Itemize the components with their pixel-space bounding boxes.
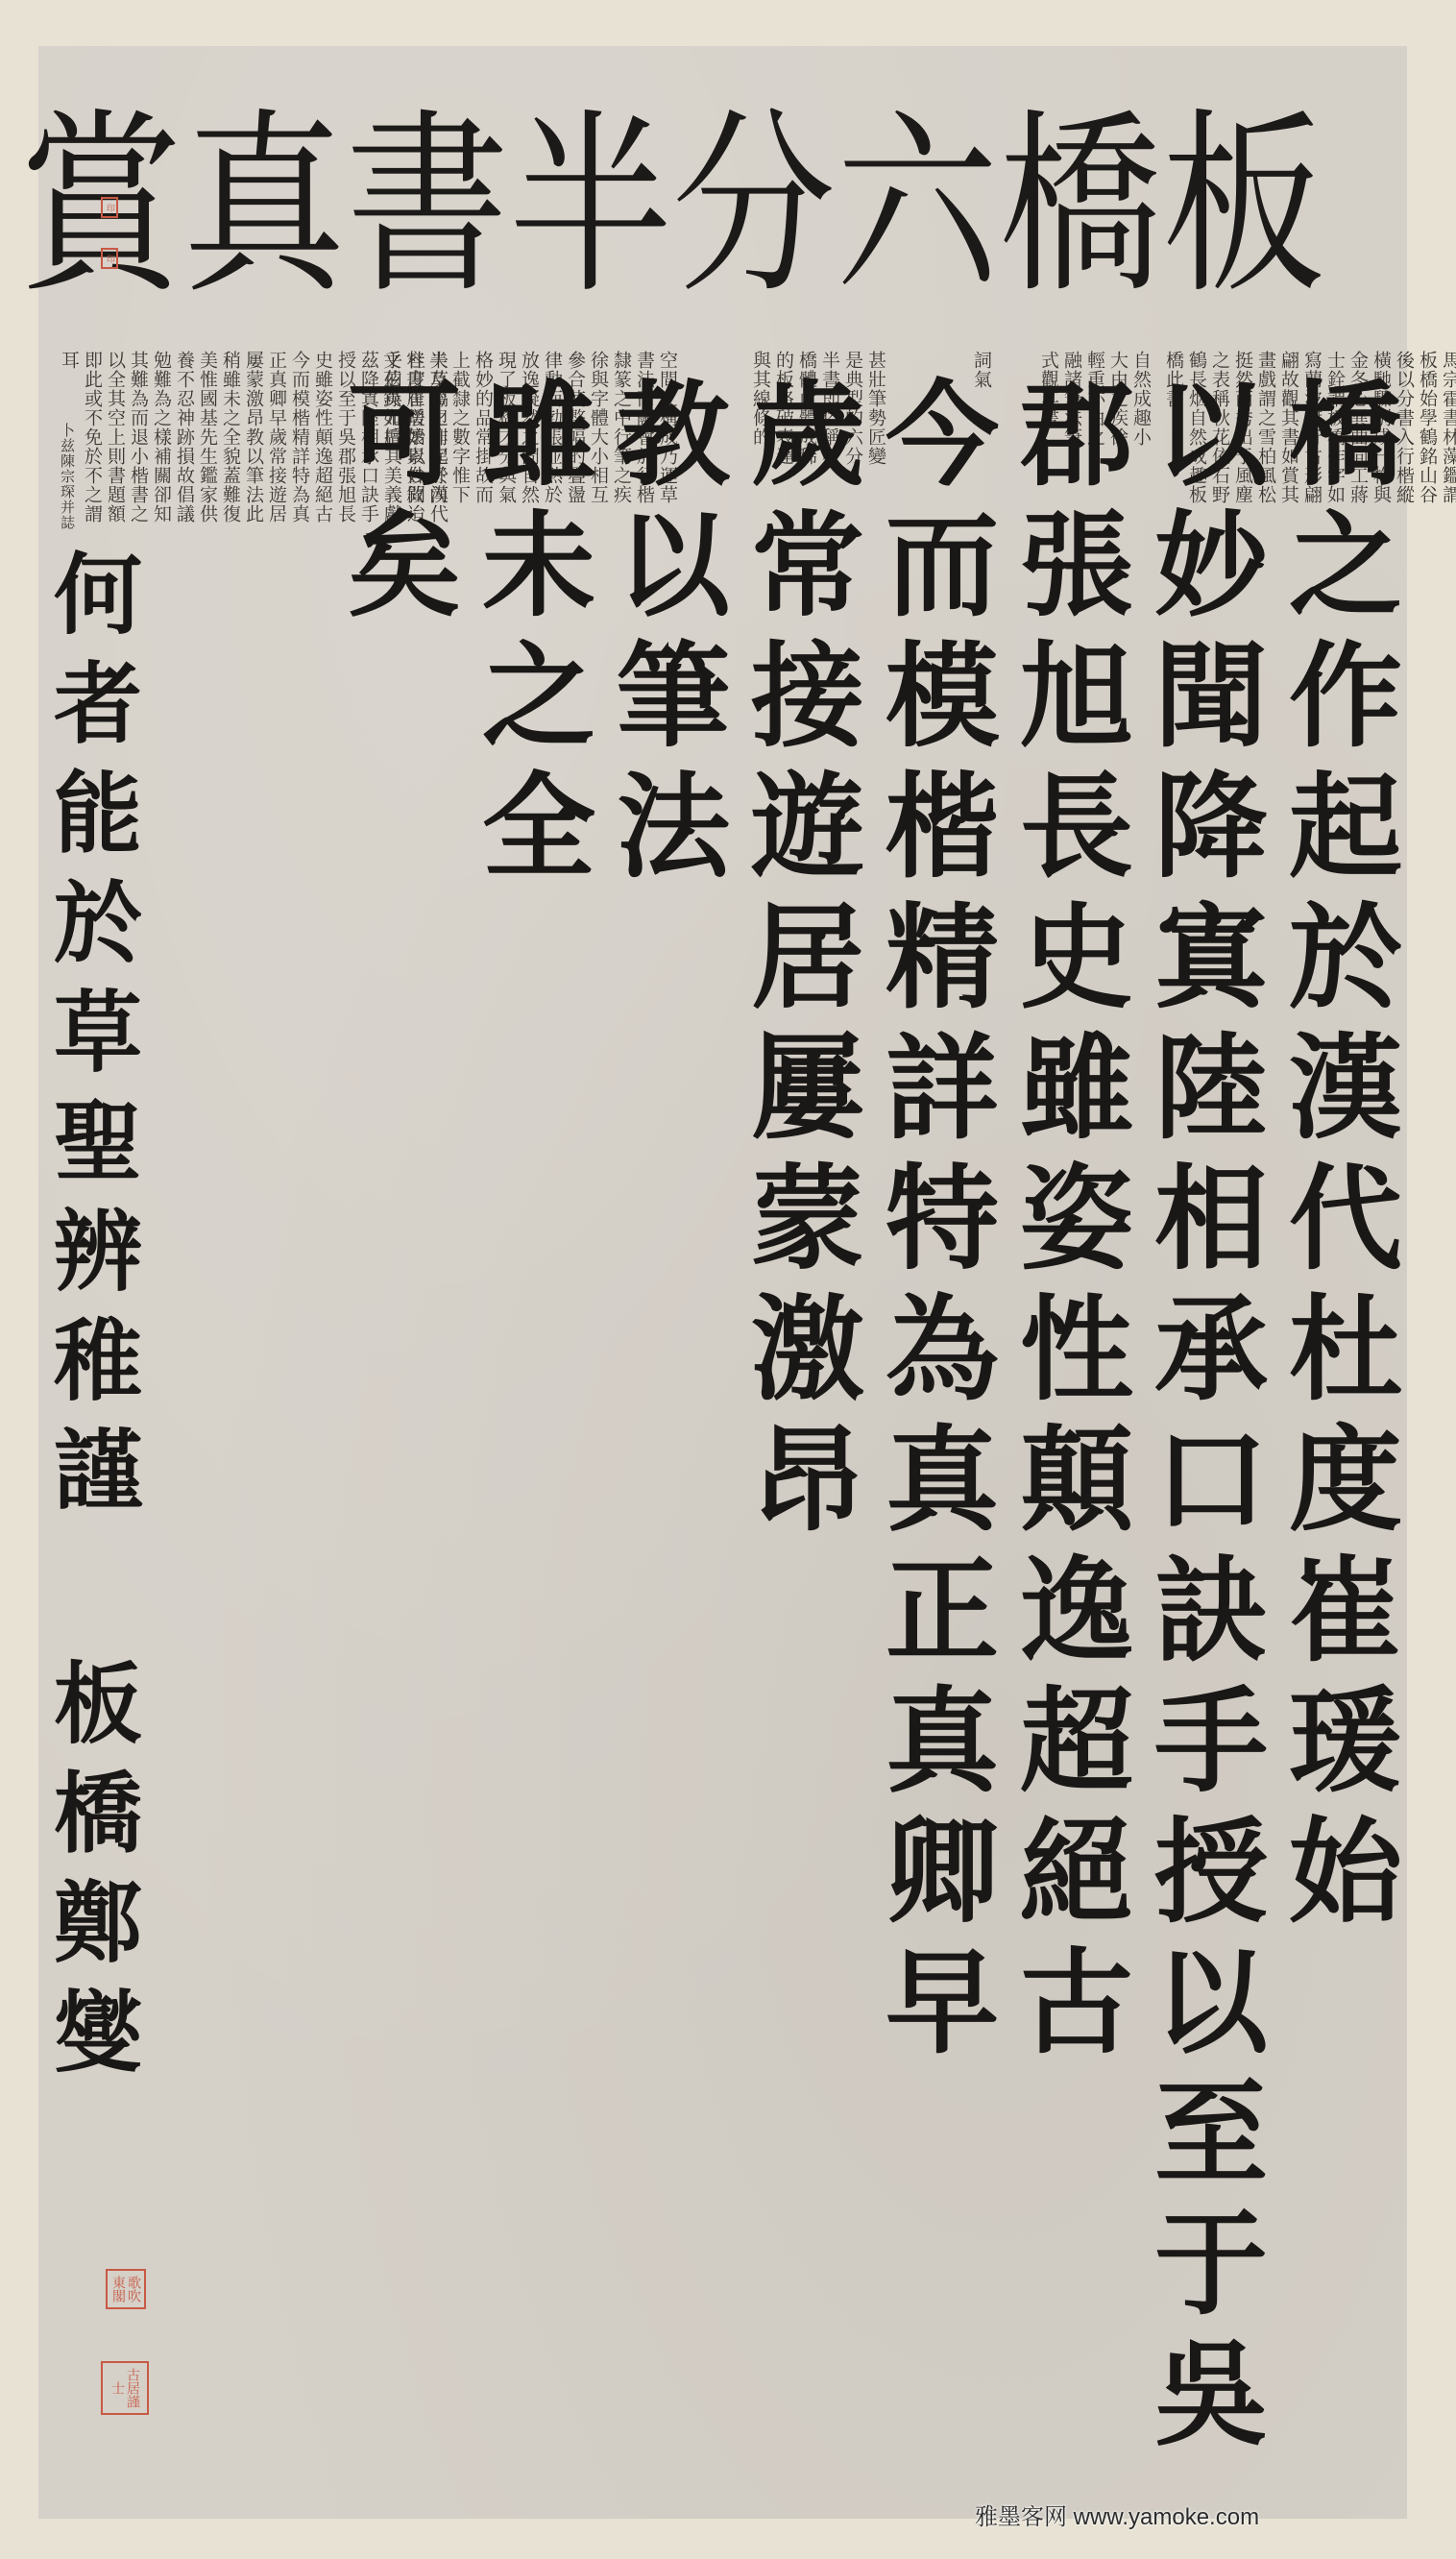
title-char: 半: [509, 109, 672, 305]
title-char: 真: [182, 109, 346, 305]
seal-script-title: 板 橋 六 分 半 書 真 賞: [106, 96, 1354, 317]
artist-seal-upper: 歌吹東閣: [106, 2269, 146, 2309]
title-char: 板: [1162, 109, 1325, 305]
text-column: 以妙聞降寘陸相承口訣手授以至于吳: [1133, 375, 1258, 2507]
watermark-site-name: 雅墨客网: [975, 2504, 1067, 2530]
main-calligraphy-body: 橋之作起於漢代杜度崔瑗始 以妙聞降寘陸相承口訣手授以至于吳 郡張旭長史雖姿性顛逸…: [327, 375, 1393, 2507]
title-seal-lower: 印: [101, 248, 118, 269]
title-char: 橋: [999, 109, 1162, 305]
text-column: 雖未之全: [461, 375, 586, 2507]
text-column: 歲常接遊居屢蒙激昂: [730, 375, 855, 2507]
text-column: 郡張旭長史雖姿性顛逸超絕古: [999, 375, 1124, 2507]
text-column: 今而模楷精詳特為真正真卿早: [864, 375, 989, 2507]
inscription-left-signoff: 卜兹陳宗琛并誌: [56, 423, 79, 538]
title-char: 書: [346, 109, 509, 305]
text-column: 可矣: [327, 375, 451, 2507]
watermark-url: www.yamoke.com: [1074, 2504, 1259, 2530]
title-seal-upper: 印: [101, 197, 118, 218]
site-watermark: 雅墨客网 www.yamoke.com: [975, 2498, 1259, 2531]
text-column: 教以筆法: [595, 375, 720, 2507]
text-column: 橋之作起於漢代杜度崔瑗始: [1268, 375, 1393, 2507]
title-char: 分: [672, 109, 836, 305]
artist-seal-lower: 古居謹士: [101, 2361, 149, 2415]
title-char: 六: [836, 109, 999, 305]
signature-column: 何者能於草聖辨稚謹 板橋鄭燮: [46, 548, 134, 2095]
